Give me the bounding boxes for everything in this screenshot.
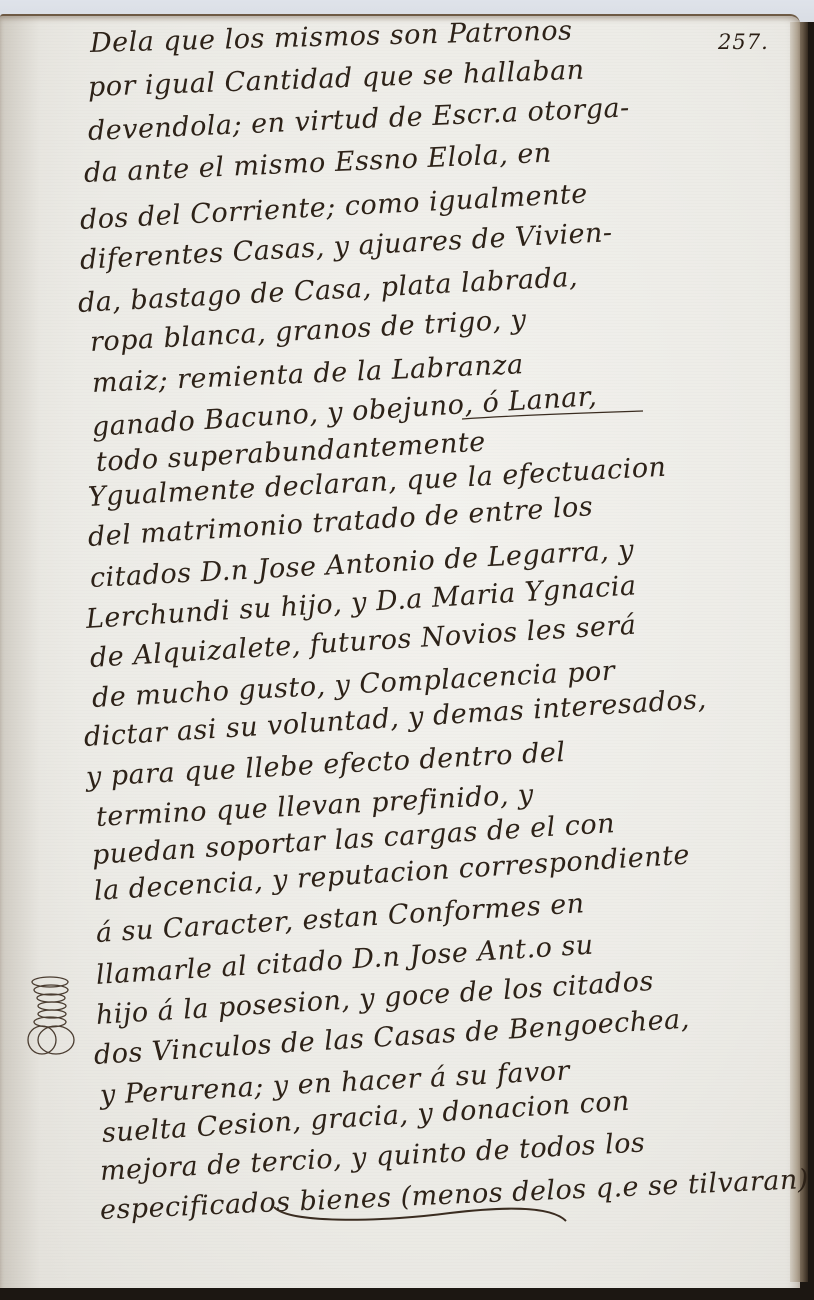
margin-rubric-icon: [18, 970, 78, 1060]
manuscript-text-body: Dela que los mismos son Patronospor igua…: [0, 0, 814, 1300]
manuscript-scan: 257. Dela que los mismos son Patronospor…: [0, 0, 814, 1300]
horizontal-stroke: [460, 410, 645, 422]
manuscript-line: Dela que los mismos son Patronos: [90, 15, 573, 59]
closing-flourish: [270, 1195, 570, 1235]
manuscript-line: por igual Cantidad que se hallaban: [87, 55, 585, 103]
manuscript-line: da ante el mismo Essno Elola, en: [83, 138, 552, 189]
